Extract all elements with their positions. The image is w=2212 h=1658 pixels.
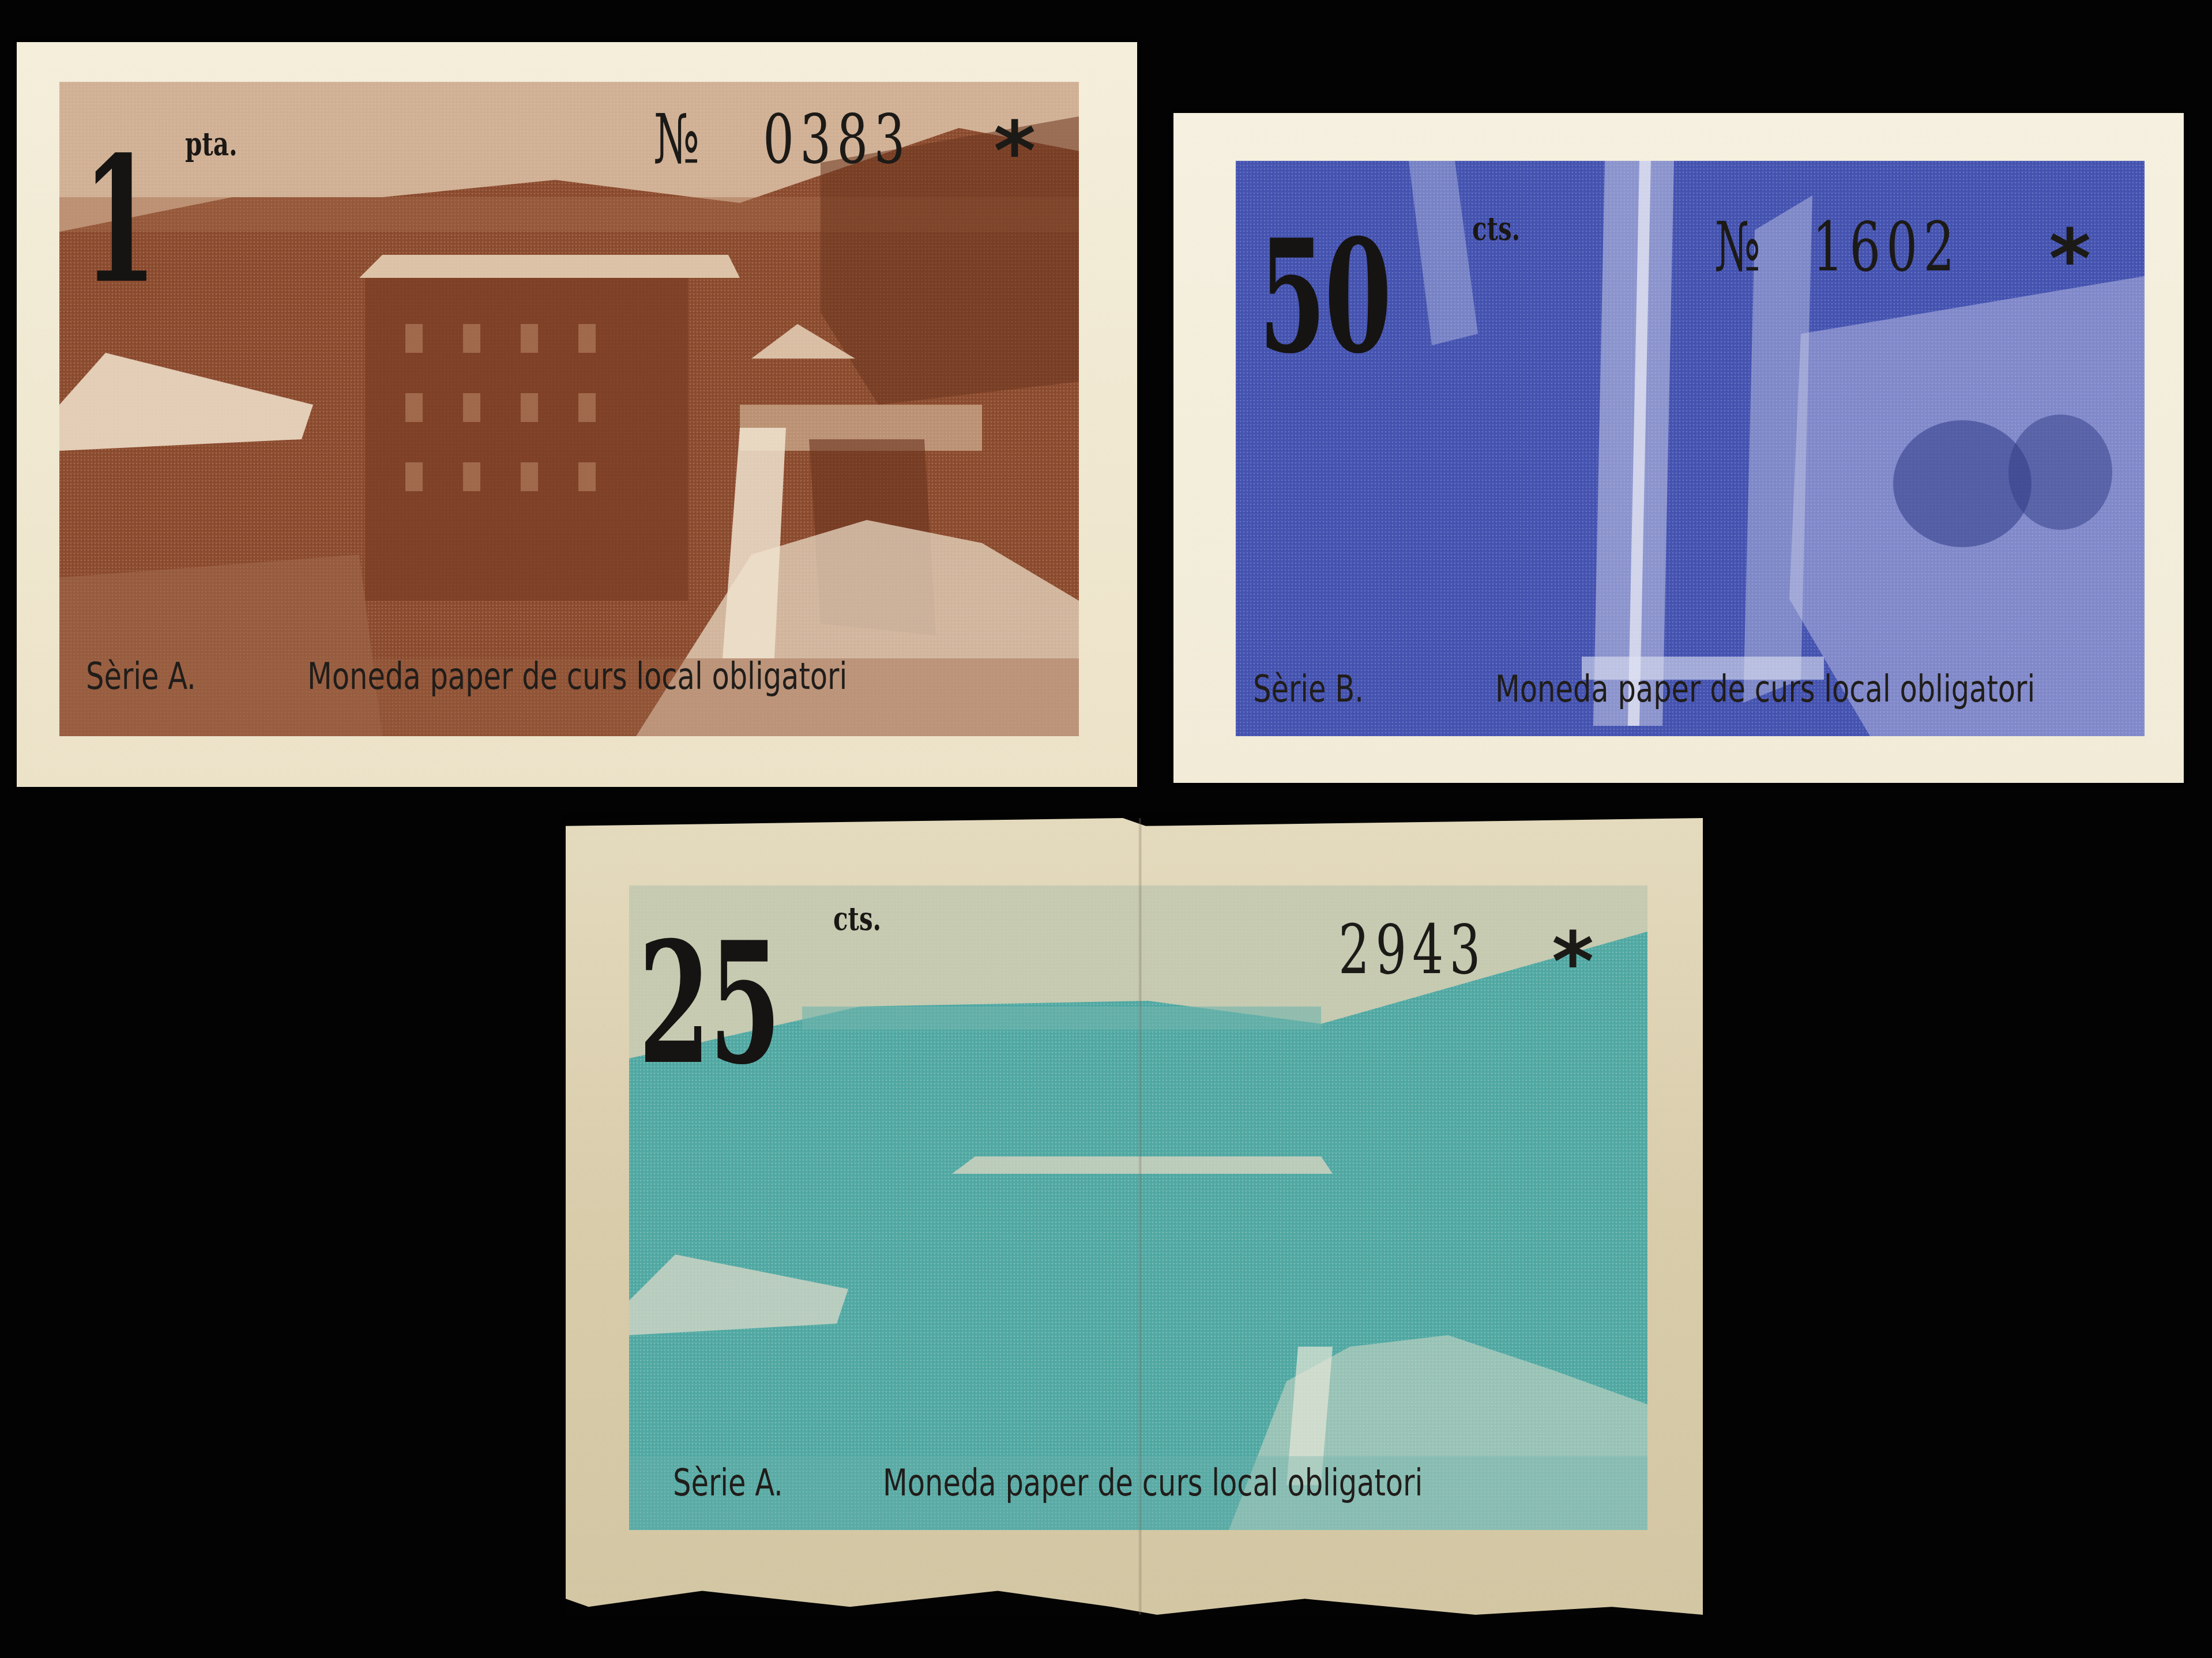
- serial-number-prefix: №: [653, 105, 705, 173]
- denomination-unit: cts.: [1472, 213, 1520, 245]
- asterisk-ornament: *: [994, 112, 1036, 193]
- denomination: 25: [638, 920, 780, 1087]
- legal-tender-legend: Moneda paper de curs local obligatori: [883, 1465, 1423, 1502]
- banknote-25-cts: 25 cts. 2943 * Sèrie A. Moneda paper de …: [566, 818, 1703, 1615]
- serial-number: 1602: [1812, 213, 1961, 281]
- serial-number-prefix: №: [1714, 213, 1766, 281]
- banknote-print-area: 25 cts. 2943 * Sèrie A. Moneda paper de …: [629, 885, 1647, 1530]
- denomination: 1: [82, 134, 156, 307]
- banknote-print-area: 50 cts. № 1602 * Sèrie B. Moneda paper d…: [1236, 161, 2145, 736]
- legal-tender-legend: Moneda paper de curs local obligatori: [307, 658, 847, 695]
- banknote-1-pta: 1 pta. № 0383 * Sèrie A. Moneda paper de…: [17, 42, 1137, 787]
- series-label: Sèrie A.: [86, 658, 196, 695]
- asterisk-ornament: *: [2049, 220, 2091, 300]
- fold-crease: [1139, 818, 1141, 1615]
- scene-illustration: [629, 885, 1647, 1530]
- asterisk-ornament: *: [1552, 922, 1594, 1003]
- serial-number: 2943: [1338, 915, 1487, 984]
- denomination-unit: cts.: [833, 903, 881, 935]
- series-label: Sèrie B.: [1253, 671, 1364, 708]
- legal-tender-legend: Moneda paper de curs local obligatori: [1495, 671, 2035, 708]
- series-label: Sèrie A.: [673, 1465, 783, 1502]
- scene-illustration: [59, 82, 1079, 736]
- banknote-50-cts: 50 cts. № 1602 * Sèrie B. Moneda paper d…: [1173, 113, 2184, 783]
- denomination: 50: [1259, 218, 1390, 374]
- banknote-print-area: 1 pta. № 0383 * Sèrie A. Moneda paper de…: [59, 82, 1079, 736]
- denomination-unit: pta.: [185, 128, 238, 160]
- serial-number: 0383: [763, 105, 911, 173]
